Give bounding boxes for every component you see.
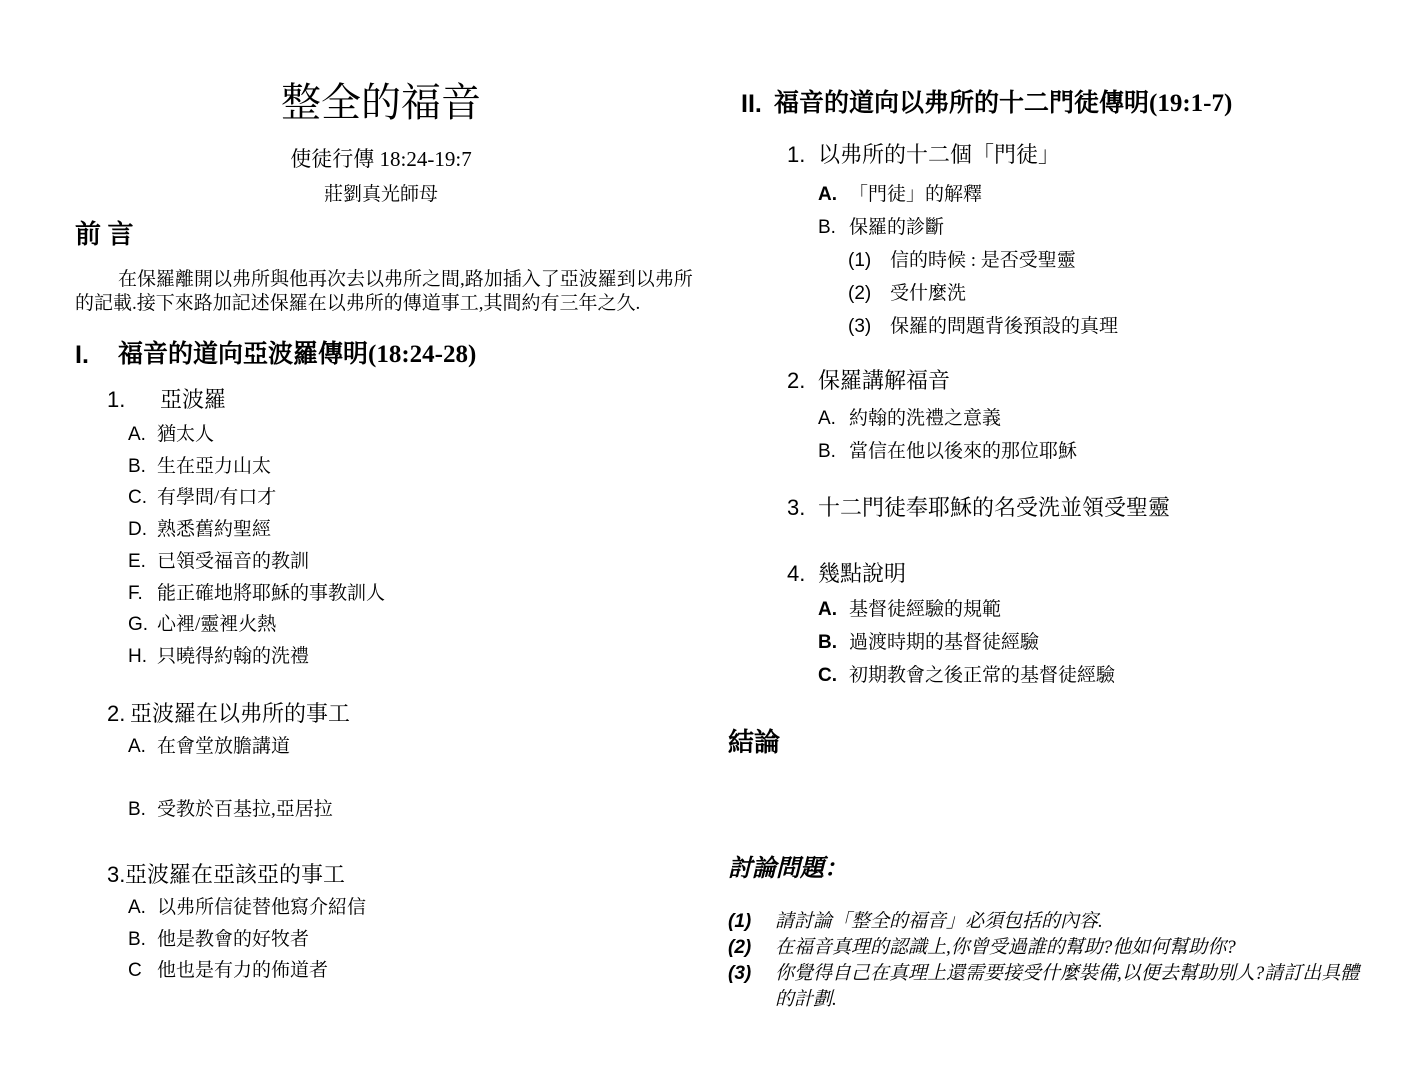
- group-title: 以弗所的十二個「門徒」: [818, 142, 1394, 168]
- outline-group: 1. 亞波羅: [75, 387, 687, 413]
- group-title: 亞波羅在亞該亞的事工: [125, 862, 687, 888]
- outline-item: C. 初期教會之後正常的基督徒經驗: [728, 659, 1394, 692]
- item-letter: F.: [128, 578, 157, 610]
- item-text: 已領受福音的教訓: [157, 546, 687, 578]
- item-text: 熟悉舊約聖經: [157, 514, 687, 546]
- section-1-number: I.: [75, 341, 118, 369]
- outline-subitem: (3) 保羅的問題背後預設的真理: [728, 310, 1394, 343]
- question-text: 你覺得自己在真理上還需要接受什麼裝備,以便去幫助別人?請訂出具體的計劃.: [775, 961, 1360, 1013]
- subitem-marker: (1): [848, 244, 890, 277]
- item-text: 猶太人: [157, 419, 687, 451]
- subitem-marker: (3): [848, 310, 890, 343]
- item-text: 受教於百基拉,亞居拉: [157, 794, 687, 826]
- outline-group: 3. 亞波羅在亞該亞的事工: [75, 862, 687, 888]
- outline-item: C. 有學問/有口才: [75, 482, 687, 514]
- item-text: 在會堂放膽講道: [157, 731, 687, 763]
- item-text: 他是教會的好牧者: [157, 924, 687, 956]
- outline-item: B. 他是教會的好牧者: [75, 924, 687, 956]
- discussion-questions: (1) 請討論「整全的福音」必須包括的內容. (2) 在福音真理的認識上,你曾受…: [728, 909, 1394, 1013]
- item-letter: B.: [128, 794, 157, 826]
- item-text: 有學問/有口才: [157, 482, 687, 514]
- group-number: 4.: [787, 561, 818, 587]
- outline-item: A. 在會堂放膽講道: [75, 731, 687, 763]
- group-title: 亞波羅在以弗所的事工: [130, 701, 687, 727]
- item-letter: B.: [818, 211, 849, 244]
- item-letter: C.: [818, 659, 849, 692]
- group-number: 1.: [107, 387, 160, 413]
- group-title: 保羅講解福音: [818, 368, 1394, 394]
- item-text: 以弗所信徒替他寫介紹信: [157, 892, 687, 924]
- scripture-reference: 使徒行傳 18:24-19:7: [75, 147, 687, 172]
- outline-item: G. 心裡/靈裡火熱: [75, 609, 687, 641]
- item-text: 約翰的洗禮之意義: [849, 402, 1394, 435]
- outline-item: B. 當信在他以後來的那位耶穌: [728, 435, 1394, 468]
- group-number: 3.: [107, 862, 125, 888]
- discussion-question: (1) 請討論「整全的福音」必須包括的內容.: [728, 909, 1394, 935]
- subitem-text: 受什麼洗: [890, 277, 1394, 310]
- item-text: 生在亞力山太: [157, 451, 687, 483]
- item-letter: A.: [128, 419, 157, 451]
- group-number: 3.: [787, 495, 818, 521]
- discussion-heading: 討論問題：: [728, 855, 1394, 883]
- item-letter: B.: [128, 451, 157, 483]
- question-text: 在福音真理的認識上,你曾受過誰的幫助?他如何幫助你?: [775, 935, 1360, 961]
- right-column: II. 福音的道向以弗所的十二門徒傳明(19:1-7) 1. 以弗所的十二個「門…: [728, 85, 1394, 1013]
- conclusion-heading: 結論: [728, 728, 1394, 758]
- item-letter: C: [128, 955, 157, 987]
- item-text: 心裡/靈裡火熱: [157, 609, 687, 641]
- item-letter: A.: [818, 593, 849, 626]
- item-letter: G.: [128, 609, 157, 641]
- item-letter: C.: [128, 482, 157, 514]
- question-marker: (2): [728, 935, 775, 961]
- preface-paragraph: 在保羅離開以弗所與他再次去以弗所之間,路加插入了亞波羅到以弗所的記載.接下來路加…: [75, 268, 705, 315]
- group-title: 十二門徒奉耶穌的名受洗並領受聖靈: [818, 495, 1394, 521]
- outline-item: B. 過渡時期的基督徒經驗: [728, 626, 1394, 659]
- item-text: 保羅的診斷: [849, 211, 1394, 244]
- outline-item: A. 基督徒經驗的規範: [728, 593, 1394, 626]
- discussion-question: (2) 在福音真理的認識上,你曾受過誰的幫助?他如何幫助你?: [728, 935, 1394, 961]
- item-letter: A.: [128, 731, 157, 763]
- outline-item: F. 能正確地將耶穌的事教訓人: [75, 578, 687, 610]
- discussion-question: (3) 你覺得自己在真理上還需要接受什麼裝備,以便去幫助別人?請訂出具體的計劃.: [728, 961, 1394, 1013]
- outline-item: C 他也是有力的佈道者: [75, 955, 687, 987]
- group-number: 2.: [107, 701, 130, 727]
- section-2-number: II.: [741, 90, 774, 118]
- section-2-heading: II. 福音的道向以弗所的十二門徒傳明(19:1-7): [728, 90, 1394, 118]
- item-letter: H.: [128, 641, 157, 673]
- subitem-text: 信的時候 : 是否受聖靈: [890, 244, 1394, 277]
- item-letter: B.: [128, 924, 157, 956]
- question-text: 請討論「整全的福音」必須包括的內容.: [775, 909, 1360, 935]
- outline-item: B. 保羅的診斷: [728, 211, 1394, 244]
- outline-group: 3. 十二門徒奉耶穌的名受洗並領受聖靈: [728, 495, 1394, 521]
- item-letter: E.: [128, 546, 157, 578]
- item-text: 當信在他以後來的那位耶穌: [849, 435, 1394, 468]
- section-1-heading: I. 福音的道向亞波羅傳明(18:24-28): [75, 341, 687, 369]
- subitem-marker: (2): [848, 277, 890, 310]
- item-text: 能正確地將耶穌的事教訓人: [157, 578, 687, 610]
- outline-item: D. 熟悉舊約聖經: [75, 514, 687, 546]
- outline-item: B. 生在亞力山太: [75, 451, 687, 483]
- outline-item: H. 只曉得約翰的洗禮: [75, 641, 687, 673]
- preface-heading: 前 言: [75, 220, 687, 250]
- outline-item: E. 已領受福音的教訓: [75, 546, 687, 578]
- outline-item: A. 以弗所信徒替他寫介紹信: [75, 892, 687, 924]
- question-marker: (1): [728, 909, 775, 935]
- question-marker: (3): [728, 961, 775, 1013]
- outline-group: 2. 保羅講解福音: [728, 368, 1394, 394]
- group-title: 幾點說明: [818, 561, 1394, 587]
- item-letter: B.: [818, 626, 849, 659]
- outline-item: B. 受教於百基拉,亞居拉: [75, 794, 687, 826]
- group-title: 亞波羅: [160, 387, 687, 413]
- item-text: 過渡時期的基督徒經驗: [849, 626, 1394, 659]
- item-text: 初期教會之後正常的基督徒經驗: [849, 659, 1394, 692]
- item-text: 「門徒」的解釋: [849, 178, 1394, 211]
- group-number: 2.: [787, 368, 818, 394]
- outline-item: A. 約翰的洗禮之意義: [728, 402, 1394, 435]
- item-letter: D.: [128, 514, 157, 546]
- left-column: 整全的福音 使徒行傳 18:24-19:7 莊劉真光師母 前 言 在保羅離開以弗…: [75, 78, 687, 987]
- outline-item: A. 「門徒」的解釋: [728, 178, 1394, 211]
- author-name: 莊劉真光師母: [75, 184, 687, 206]
- outline-group: 4. 幾點說明: [728, 561, 1394, 587]
- group-number: 1.: [787, 142, 818, 168]
- section-1-title: 福音的道向亞波羅傳明(18:24-28): [118, 341, 687, 369]
- subitem-text: 保羅的問題背後預設的真理: [890, 310, 1394, 343]
- item-letter: B.: [818, 435, 849, 468]
- outline-group: 2. 亞波羅在以弗所的事工: [75, 701, 687, 727]
- item-letter: A.: [818, 402, 849, 435]
- section-2-title: 福音的道向以弗所的十二門徒傳明(19:1-7): [774, 90, 1394, 118]
- item-text: 基督徒經驗的規範: [849, 593, 1394, 626]
- item-text: 只曉得約翰的洗禮: [157, 641, 687, 673]
- outline-item: A. 猶太人: [75, 419, 687, 451]
- item-letter: A.: [128, 892, 157, 924]
- item-text: 他也是有力的佈道者: [157, 955, 687, 987]
- item-letter: A.: [818, 178, 849, 211]
- outline-subitem: (1) 信的時候 : 是否受聖靈: [728, 244, 1394, 277]
- outline-group: 1. 以弗所的十二個「門徒」: [728, 142, 1394, 168]
- page-title: 整全的福音: [75, 80, 687, 126]
- outline-subitem: (2) 受什麼洗: [728, 277, 1394, 310]
